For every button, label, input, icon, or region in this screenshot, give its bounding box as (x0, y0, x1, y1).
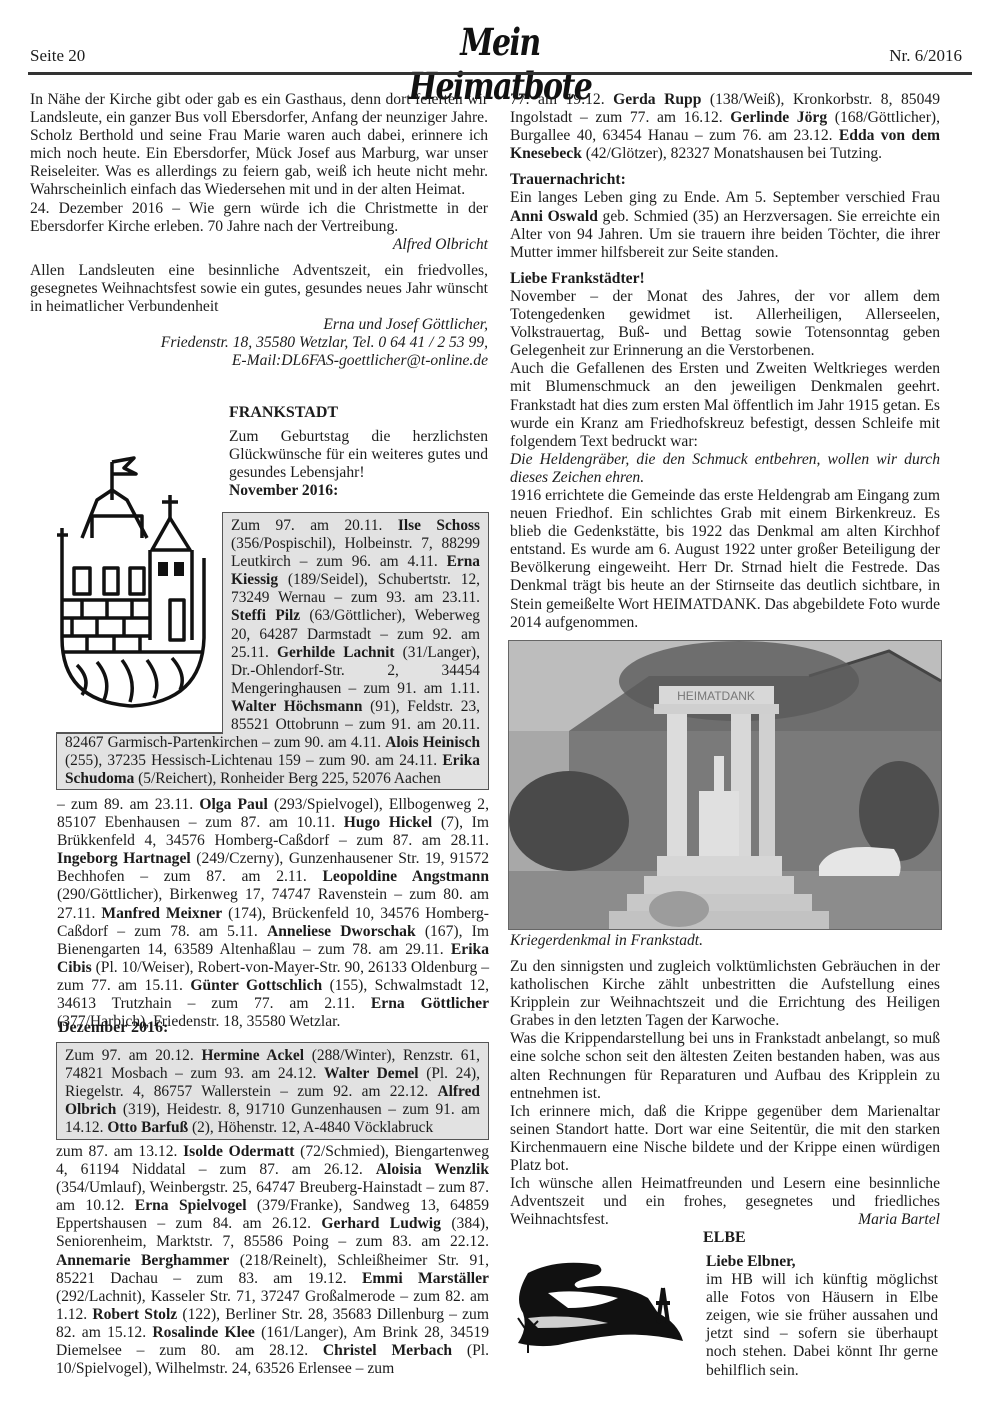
war-memorial-image: HEIMATDANK (509, 641, 941, 929)
elbe-letter: Liebe Elbner, im HB will ich künftig mög… (706, 1253, 938, 1380)
intro-paragraph: In Nähe der Kirche gibt oder gab es ein … (30, 91, 488, 200)
november-birthday-box: Zum 97. am 20.11. Ilse Schoss (356/Pospi… (222, 512, 489, 734)
november-heading: November 2016: (229, 482, 488, 500)
christmas-paragraph: 24. Dezember 2016 – Wie gern würde ich d… (30, 200, 488, 236)
birthday-intro-text: Zum Geburtstag die herzlichsten Glückwün… (229, 428, 488, 482)
header-divider (28, 72, 972, 75)
left-column-top: In Nähe der Kirche gibt oder gab es ein … (30, 91, 488, 370)
letter-paragraph: Auch die Gefallenen des Ersten und Zweit… (510, 360, 940, 450)
section-title-frankstadt: FRANKSTADT (229, 404, 338, 422)
sender-name: Erna und Josef Göttlicher, (30, 316, 488, 334)
birthday-intro: Zum Geburtstag die herzlichsten Glückwün… (229, 428, 488, 500)
memorial-photo: HEIMATDANK (508, 640, 942, 930)
november-birthday-list: – zum 89. am 23.11. Olga Paul (293/Spiel… (57, 796, 489, 1031)
december-heading: Dezember 2016: (58, 1019, 168, 1037)
svg-text:HEIMATDANK: HEIMATDANK (677, 689, 755, 703)
issue-number: Nr. 6/2016 (889, 46, 962, 66)
birthday-entry: Walter Höchsmann (91), Feldstr. 23, 8552… (231, 698, 480, 733)
greeting-paragraph: Allen Landsleuten eine besinnliche Adven… (30, 262, 488, 316)
page-number: Seite 20 (30, 46, 85, 66)
birthday-entry: Otto Barfuß (2), Höhenstr. 12, A-4840 Vö… (107, 1119, 433, 1136)
birthday-entry: 82467 Garmisch-Partenkirchen – zum 90. a… (65, 734, 480, 769)
elbe-greeting: Liebe Elbner, (706, 1253, 938, 1271)
december-birthday-list: zum 87. am 13.12. Isolde Odermatt (72/Sc… (56, 1143, 489, 1378)
november-birthday-box-wide: 82467 Garmisch-Partenkirchen – zum 90. a… (56, 734, 489, 790)
customs-paragraph: Was die Krippendarstellung bei uns in Fr… (510, 1030, 940, 1102)
sender-address: Friedenstr. 18, 35580 Wetzlar, Tel. 0 64… (30, 334, 488, 352)
mourning-text: Ein langes Leben ging zu Ende. Am 5. Sep… (510, 189, 940, 261)
letter-heading: Liebe Frankstädter! (510, 270, 940, 288)
customs-paragraph: Ich erinnere mich, daß die Krippe gegenü… (510, 1103, 940, 1175)
section-title-elbe: ELBE (703, 1229, 746, 1247)
author-signature: Alfred Olbricht (30, 236, 488, 254)
december-continued: 77. am 19.12. Gerda Rupp (138/Weiß), Kro… (510, 91, 940, 163)
landscape-drawing-icon (508, 1253, 688, 1353)
birthday-entry: Zum 97. am 20.11. Ilse Schoss (356/Pospi… (231, 517, 480, 570)
ribbon-quote: Die Heldengräber, die den Schmuck entbeh… (510, 451, 940, 487)
letter-paragraph: 1916 errichtete die Gemeinde das erste H… (510, 487, 940, 632)
right-column-bottom: Zu den sinnigsten und zugleich volktümli… (510, 958, 940, 1230)
coat-of-arms-icon (52, 440, 212, 712)
sender-email[interactable]: E-Mail:DL6FAS-goettlicher@t-online.de (30, 352, 488, 370)
mourning-heading: Trauernachricht: (510, 171, 940, 189)
photo-caption: Kriegerdenkmal in Frankstadt. (510, 932, 703, 950)
elbe-text: im HB will ich künftig möglichst alle Fo… (706, 1271, 938, 1380)
customs-paragraph: Zu den sinnigsten und zugleich volktümli… (510, 958, 940, 1030)
box-edge-divider (56, 732, 223, 734)
december-birthday-box: Zum 97. am 20.12. Hermine Ackel (288/Win… (56, 1042, 489, 1140)
right-column-top: 77. am 19.12. Gerda Rupp (138/Weiß), Kro… (510, 91, 940, 632)
letter-paragraph: November – der Monat des Jahres, der vor… (510, 288, 940, 360)
